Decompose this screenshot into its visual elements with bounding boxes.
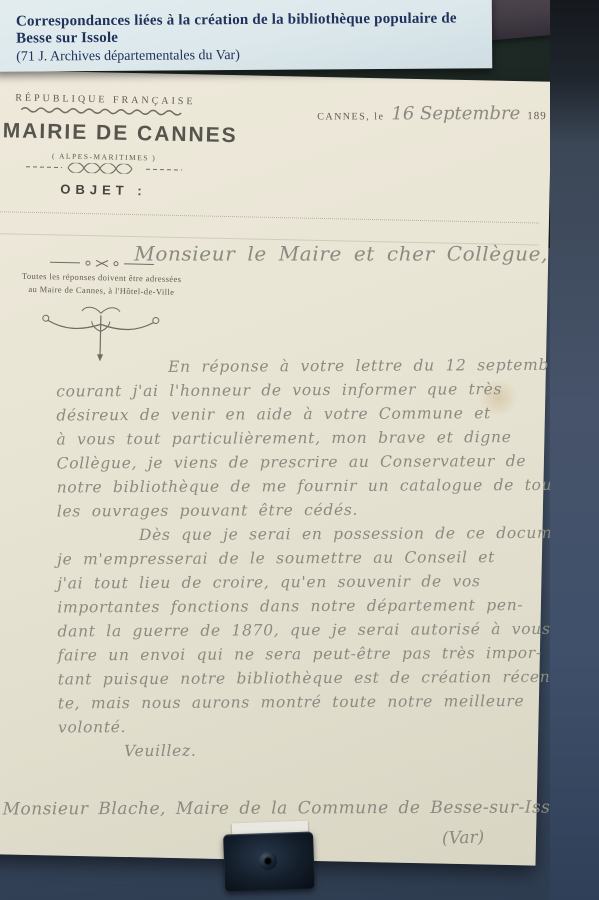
objet-label: OBJET : [1,180,205,199]
letter-line: volonté. [58,713,534,739]
letter-line: désireux de venir en aide à votre Commun… [56,401,532,427]
letter-document: RÉPUBLIQUE FRANÇAISE MAIRIE DE CANNES ( … [0,70,552,866]
letter-line: j'ai tout lieu de croire, qu'en souvenir… [57,569,533,595]
dotted-rule [0,211,539,223]
letter-line: faire un envoi qui ne sera peut-être pas… [58,641,534,667]
dateline-year-prefix: 189 [527,110,547,122]
dateline-handwritten-date: 16 Septembre [391,103,520,124]
mairie-heading: MAIRIE DE CANNES [2,119,206,147]
wavy-rule-icon [21,106,189,118]
reply-note: Toutes les réponses doivent être adressé… [0,256,208,368]
letter-line: notre bibliothèque de me fournir un cata… [57,473,533,499]
letter-line: En réponse à votre lettre du 12 septembr… [56,353,532,379]
letter-line: Collègue, je viens de prescrire au Conse… [57,449,533,475]
archive-label-reference: (71 J. Archives départementales du Var) [16,46,492,65]
addressee-department: (Var) [442,827,485,848]
archive-label-card: Correspondances liées à la création de l… [0,0,492,72]
fastener-stud-icon [259,852,278,871]
letter-line: dant la guerre de 1870, que je serai aut… [57,617,533,643]
archival-photograph: RÉPUBLIQUE FRANÇAISE MAIRIE DE CANNES ( … [0,0,599,900]
archive-label-title: Correspondances liées à la création de l… [16,10,492,47]
backdrop-right-edge [550,0,599,900]
letterhead: RÉPUBLIQUE FRANÇAISE MAIRIE DE CANNES ( … [1,92,207,199]
letter-line: importantes fonctions dans notre départe… [57,593,533,619]
letter-line: les ouvrages pouvant être cédés. [57,497,533,523]
addressee-line: Monsieur Blache, Maire de la Commune de … [3,797,578,819]
fastener-stud-hole [265,858,271,864]
letter-body: En réponse à votre lettre du 12 septembr… [56,353,534,763]
dateline: CANNES, le 16 Septembre 189 2 [317,103,547,124]
note-divider-icon [50,257,154,269]
dateline-place: CANNES, le [317,111,384,122]
letter-line: tant puisque notre bibliothèque est de c… [58,665,534,691]
letter-closing: Veuillez. [58,737,534,763]
letter-line: Dès que je serai en possession de ce doc… [57,521,533,547]
braid-divider-icon [24,162,184,175]
letter-line: à vous tout particulièrement, mon brave … [56,425,532,451]
letter-line: je m'empresserai de le soumettre au Cons… [57,545,533,571]
letter-line: te, mais nous aurons montré toute notre … [58,689,534,715]
portfolio-fastener [223,831,315,891]
letter-line: courant j'ai l'honneur de vous informer … [56,377,532,403]
